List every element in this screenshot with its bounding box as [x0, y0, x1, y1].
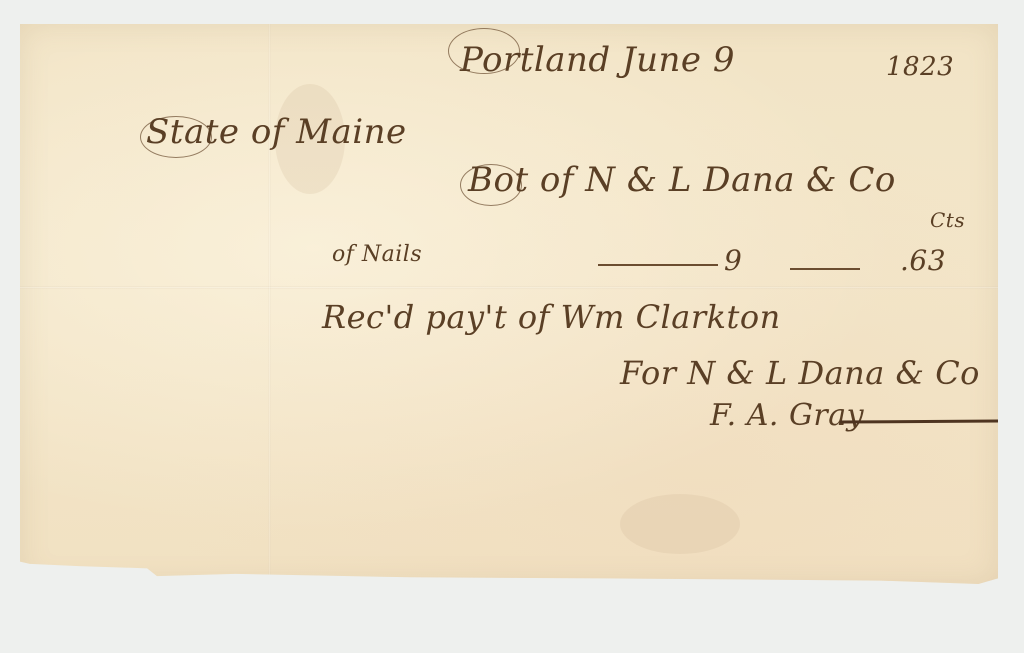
for-firm-line: For N & L Dana & Co: [620, 354, 980, 392]
received-payment-line: Rec'd pay't of Wm Clarkton: [322, 298, 781, 336]
item-quantity: 9: [724, 244, 742, 277]
place-date: Portland June 9: [460, 40, 735, 80]
paper-stain: [620, 494, 740, 554]
vertical-fold-crease: [268, 24, 271, 584]
cents-column-label: Cts: [930, 208, 965, 232]
item-description: of Nails: [332, 242, 422, 267]
leader-line: [598, 264, 718, 266]
receipt-paper: Portland June 9 1823 State of Maine Bot …: [20, 24, 998, 584]
horizontal-fold-crease: [20, 286, 998, 289]
leader-line: [790, 268, 860, 270]
signature-underline: [840, 419, 998, 423]
bought-of-vendor: Bot of N & L Dana & Co: [468, 160, 896, 200]
signature: F. A. Gray: [710, 398, 864, 433]
date-year: 1823: [886, 52, 954, 82]
item-amount: .63: [900, 244, 946, 277]
recipient: State of Maine: [146, 112, 407, 152]
